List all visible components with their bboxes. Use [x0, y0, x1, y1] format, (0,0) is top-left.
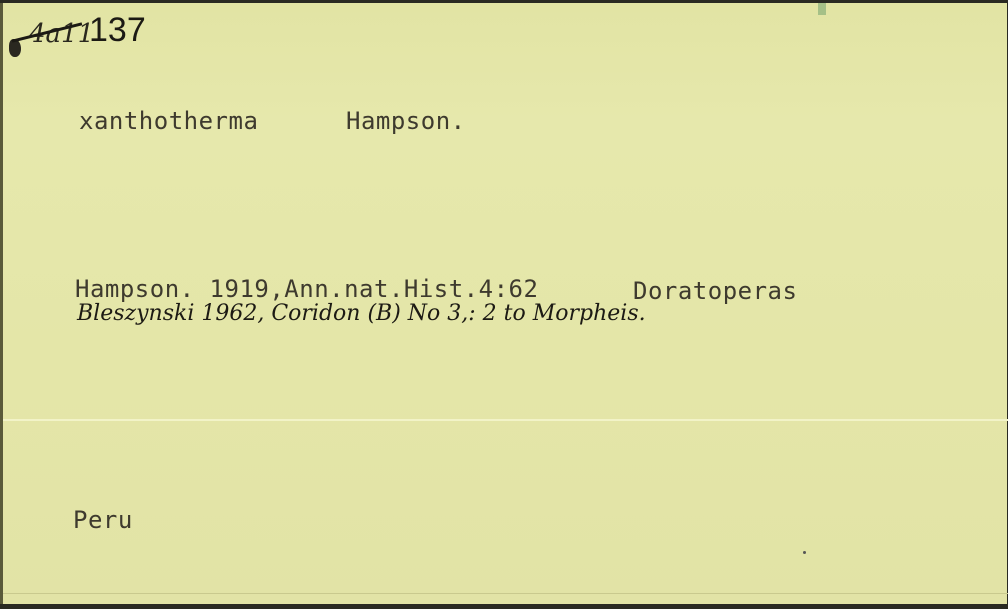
- corner-number: 137: [89, 11, 146, 50]
- green-mark: [818, 3, 826, 15]
- genus-name: Doratoperas: [633, 277, 797, 305]
- speck: [803, 551, 806, 554]
- reference-citation: Hampson. 1919,Ann.nat.Hist.4:62: [75, 275, 538, 303]
- bottom-edge-line: [3, 593, 1008, 594]
- locality: Peru: [73, 506, 133, 534]
- species-author: Hampson.: [346, 107, 466, 135]
- scan-line: [3, 419, 1008, 421]
- index-card: 4a11 137 xanthotherma Hampson. Hampson. …: [0, 3, 1007, 604]
- species-name: xanthotherma: [79, 107, 258, 135]
- handwritten-note: Bleszynski 1962, Coridon (B) No 3,: 2 to…: [77, 301, 646, 326]
